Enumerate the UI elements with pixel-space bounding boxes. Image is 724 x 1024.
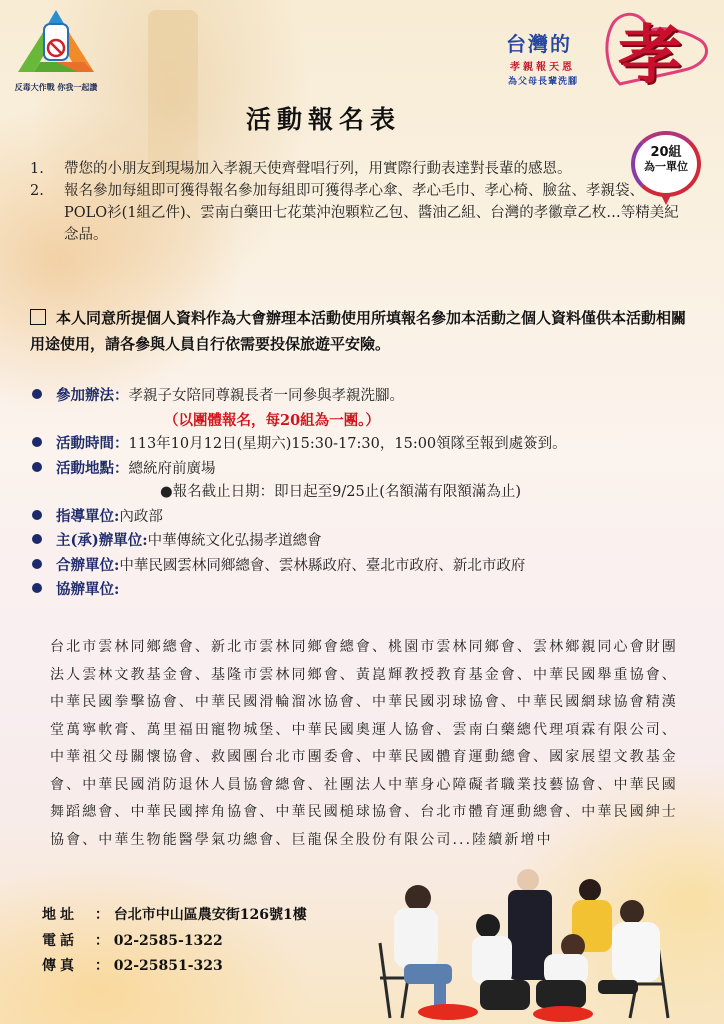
consent-checkbox[interactable]: [30, 309, 46, 325]
contact-separator: ：: [95, 907, 109, 923]
detail-label: 參加辦法：: [56, 384, 129, 408]
detail-label: 主(承)辦單位:: [56, 529, 148, 553]
bullet-icon: [32, 583, 42, 593]
detail-value: 內政部: [119, 506, 163, 530]
bullet-icon: [32, 559, 42, 569]
group-registration-note: （以團體報名，每20組為一團。）: [32, 409, 712, 433]
detail-place: 活動地點： 總統府前廣場: [32, 457, 712, 482]
bullet-icon: [32, 510, 42, 520]
logo-subtitle-blue: 為父母長輩洗腳: [508, 74, 578, 87]
intro-item-text: 帶您的小朋友到現場加入孝親天使齊聲唱行列，用實際行動表達對長輩的感恩。: [64, 158, 572, 180]
page-title: 活動報名表: [246, 100, 401, 136]
contact-label: 電話: [42, 929, 90, 955]
intro-list: 1. 帶您的小朋友到現場加入孝親天使齊聲唱行列，用實際行動表達對長輩的感恩。 2…: [30, 158, 690, 246]
contact-fax: 傳真 ： 02-25851-323: [42, 954, 307, 980]
contact-phone: 電話 ： 02-2585-1322: [42, 929, 307, 955]
logo-subtitle-red: 孝親報天恩: [510, 58, 575, 73]
intro-item-text: 報名參加每組即可獲得報名參加每組即可獲得孝心傘、孝心毛巾、孝心椅、臉盆、孝親袋、…: [64, 180, 690, 246]
detail-label: 合辦單位:: [56, 554, 119, 578]
registration-deadline: ●報名截止日期：即日起至9/25止(名額滿有限額滿為止): [32, 481, 712, 505]
bullet-icon: [32, 462, 42, 472]
contact-label: 地址: [42, 903, 90, 929]
foot-washing-ceremony-photo: [368, 868, 708, 1024]
logo-title: 台灣的: [506, 28, 572, 57]
detail-label: 協辦單位:: [56, 578, 119, 602]
event-details: 參加辦法： 孝親子女陪同尊親長者一同參與孝親洗腳。 （以團體報名，每20組為一團…: [32, 384, 712, 602]
contact-separator: ：: [95, 933, 109, 949]
detail-value: 中華民國雲林同鄉總會、雲林縣政府、臺北市政府、新北市政府: [119, 555, 525, 579]
contact-value: 台北市中山區農安街126號1樓: [114, 907, 307, 923]
bullet-icon: [32, 437, 42, 447]
assisting-organizations: 台北市雲林同鄉總會、新北市雲林同鄉會總會、桃園市雲林同鄉會、雲林鄉親同心會財團法…: [50, 634, 690, 854]
anti-drug-logo: 反毒大作戰 你我一起讚: [12, 6, 100, 98]
detail-value: 113年10月12日(星期六)15:30-17:30，15:00領隊至報到處簽到…: [129, 433, 567, 457]
taiwan-filial-logo: 台灣的 孝親報天恩 為父母長輩洗腳 孝: [500, 8, 715, 103]
people-photo-illustration: [368, 868, 708, 1024]
contact-info: 地址 ： 台北市中山區農安街126號1樓 電話 ： 02-2585-1322 傳…: [42, 903, 307, 980]
detail-host: 主(承)辦單位: 中華傳統文化弘揚孝道總會: [32, 529, 712, 554]
detail-value: 中華傳統文化弘揚孝道總會: [148, 530, 322, 554]
contact-value: 02-25851-323: [114, 958, 223, 974]
detail-guide: 指導單位: 內政部: [32, 505, 712, 530]
detail-label: 活動地點：: [56, 457, 129, 481]
bullet-icon: [32, 389, 42, 399]
logo-big-character: 孝: [618, 4, 682, 96]
intro-item-number: 1.: [30, 158, 64, 180]
consent-text: 本人同意所提個人資料作為大會辦理本活動使用所填報名參加本活動之個人資料僅供本活動…: [30, 309, 686, 353]
logo-caption: 反毒大作戰 你我一起讚: [12, 82, 100, 93]
contact-value: 02-2585-1322: [114, 933, 223, 949]
intro-item: 2. 報名參加每組即可獲得報名參加每組即可獲得孝心傘、孝心毛巾、孝心椅、臉盆、孝…: [30, 180, 690, 246]
anti-drug-hand-triangle-icon: [12, 6, 100, 82]
detail-assist: 協辦單位:: [32, 578, 712, 602]
contact-label: 傳真: [42, 954, 90, 980]
intro-item: 1. 帶您的小朋友到現場加入孝親天使齊聲唱行列，用實際行動表達對長輩的感恩。: [30, 158, 590, 180]
detail-label: 活動時間：: [56, 432, 129, 456]
detail-label: 指導單位:: [56, 505, 119, 529]
contact-separator: ：: [95, 958, 109, 974]
intro-item-number: 2.: [30, 180, 64, 246]
bullet-icon: [32, 534, 42, 544]
privacy-consent: 本人同意所提個人資料作為大會辦理本活動使用所填報名參加本活動之個人資料僅供本活動…: [30, 305, 700, 357]
detail-value: 總統府前廣場: [129, 458, 216, 482]
background-tower-decoration: [148, 10, 198, 180]
detail-value: 孝親子女陪同尊親長者一同參與孝親洗腳。: [129, 385, 405, 409]
detail-time: 活動時間： 113年10月12日(星期六)15:30-17:30，15:00領隊…: [32, 432, 712, 457]
detail-cohost: 合辦單位: 中華民國雲林同鄉總會、雲林縣政府、臺北市政府、新北市政府: [32, 554, 712, 579]
detail-method: 參加辦法： 孝親子女陪同尊親長者一同參與孝親洗腳。: [32, 384, 712, 409]
contact-address: 地址 ： 台北市中山區農安街126號1樓: [42, 903, 307, 929]
